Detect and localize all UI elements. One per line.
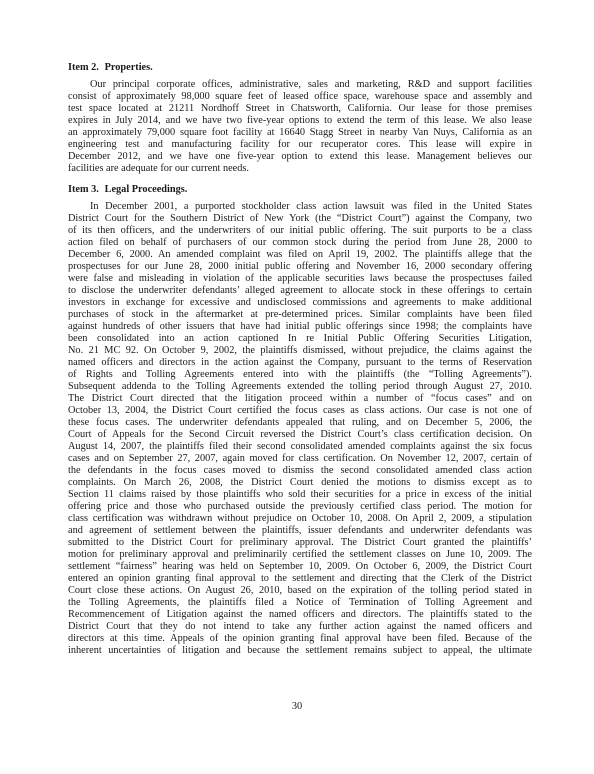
text-line: and agreement of settlement between the … (68, 525, 532, 537)
text-line: cases and on September 27, 2007, again m… (68, 453, 532, 465)
text-line: test space located at 21211 Nordhoff Str… (68, 103, 532, 115)
item-number: Item 3. (68, 184, 102, 196)
text-line: inherent uncertainties of litigation and… (68, 645, 532, 657)
text-line: District Court for the Southern District… (68, 213, 532, 225)
text-line: expires in July 2014, and we have two fi… (68, 115, 532, 127)
text-line: action filed on behalf of purchasers of … (68, 237, 532, 249)
text-line: December 2012, and we have one five-year… (68, 151, 532, 163)
text-line: been consolidated into an action caption… (68, 333, 532, 345)
text-line: class certification was withdrawn withou… (68, 513, 532, 525)
text-line: facilities are adequate for our current … (68, 163, 532, 175)
text-line: prospectuses for our June 28, 2000 initi… (68, 261, 532, 273)
document-page: Item 2. Properties. Our principal corpor… (68, 62, 532, 666)
text-line: engineering test and manufacturing facil… (68, 139, 532, 151)
text-line: of Rights and Tolling Agreements entered… (68, 369, 532, 381)
text-line: No. 21 MC 92. On October 9, 2002, the pl… (68, 345, 532, 357)
text-line: submitted to the District Court for prel… (68, 537, 532, 549)
text-line: offering price and those who purchased o… (68, 501, 532, 513)
text-line: December 6, 2000. An amended complaint w… (68, 249, 532, 261)
text-line: Section 11 claims raised by those plaint… (68, 489, 532, 501)
section-title: Legal Proceedings. (105, 184, 188, 195)
text-line: were false and misleading in violation o… (68, 273, 532, 285)
text-line: Court of Appeals for the Second Circuit … (68, 429, 532, 441)
properties-paragraph: Our principal corporate offices, adminis… (68, 79, 532, 175)
text-line: purchases of stock in the aftermarket at… (68, 309, 532, 321)
text-line: named officers and directors in the acti… (68, 357, 532, 369)
text-line: directors at this time. Appeals of the o… (68, 633, 532, 645)
text-line: settlement “fairness” hearing was held o… (68, 561, 532, 573)
text-line: to disclose the underwriter defendants’ … (68, 285, 532, 297)
legal-proceedings-paragraph: In December 2001, a purported stockholde… (68, 201, 532, 657)
section-title: Properties. (105, 62, 153, 73)
text-line: Recommencement of Litigation against the… (68, 609, 532, 621)
text-line: August 14, 2007, the plaintiffs filed th… (68, 441, 532, 453)
text-line: entered an opinion granting final approv… (68, 573, 532, 585)
item-number: Item 2. (68, 62, 102, 74)
text-line: Court close these actions. On August 26,… (68, 585, 532, 597)
page-number: 30 (0, 701, 594, 712)
text-line: motion for preliminary approval and prel… (68, 549, 532, 561)
text-line: October 13, 2004, the District Court cer… (68, 405, 532, 417)
text-line: of its then officers, and the underwrite… (68, 225, 532, 237)
text-line: an approximately 79,000 square foot faci… (68, 127, 532, 139)
text-line: investors in exchange for excessive and … (68, 297, 532, 309)
text-line: against hundreds of other issuers that h… (68, 321, 532, 333)
text-line: these focus cases. The underwriter defen… (68, 417, 532, 429)
section-heading-properties: Item 2. Properties. (68, 62, 532, 74)
text-line: District Court that they do not intend t… (68, 621, 532, 633)
section-heading-legal-proceedings: Item 3. Legal Proceedings. (68, 184, 532, 196)
text-line: Subsequent addenda to the Tolling Agreem… (68, 381, 532, 393)
text-line: In December 2001, a purported stockholde… (68, 201, 532, 213)
text-line: Our principal corporate offices, adminis… (68, 79, 532, 91)
text-line: the defendants in the focus cases moved … (68, 465, 532, 477)
text-line: the Tolling Agreements, the plaintiffs f… (68, 597, 532, 609)
text-line: consist of approximately 98,000 square f… (68, 91, 532, 103)
text-line: complaints. On March 26, 2008, the Distr… (68, 477, 532, 489)
text-line: The District Court directed that the lit… (68, 393, 532, 405)
